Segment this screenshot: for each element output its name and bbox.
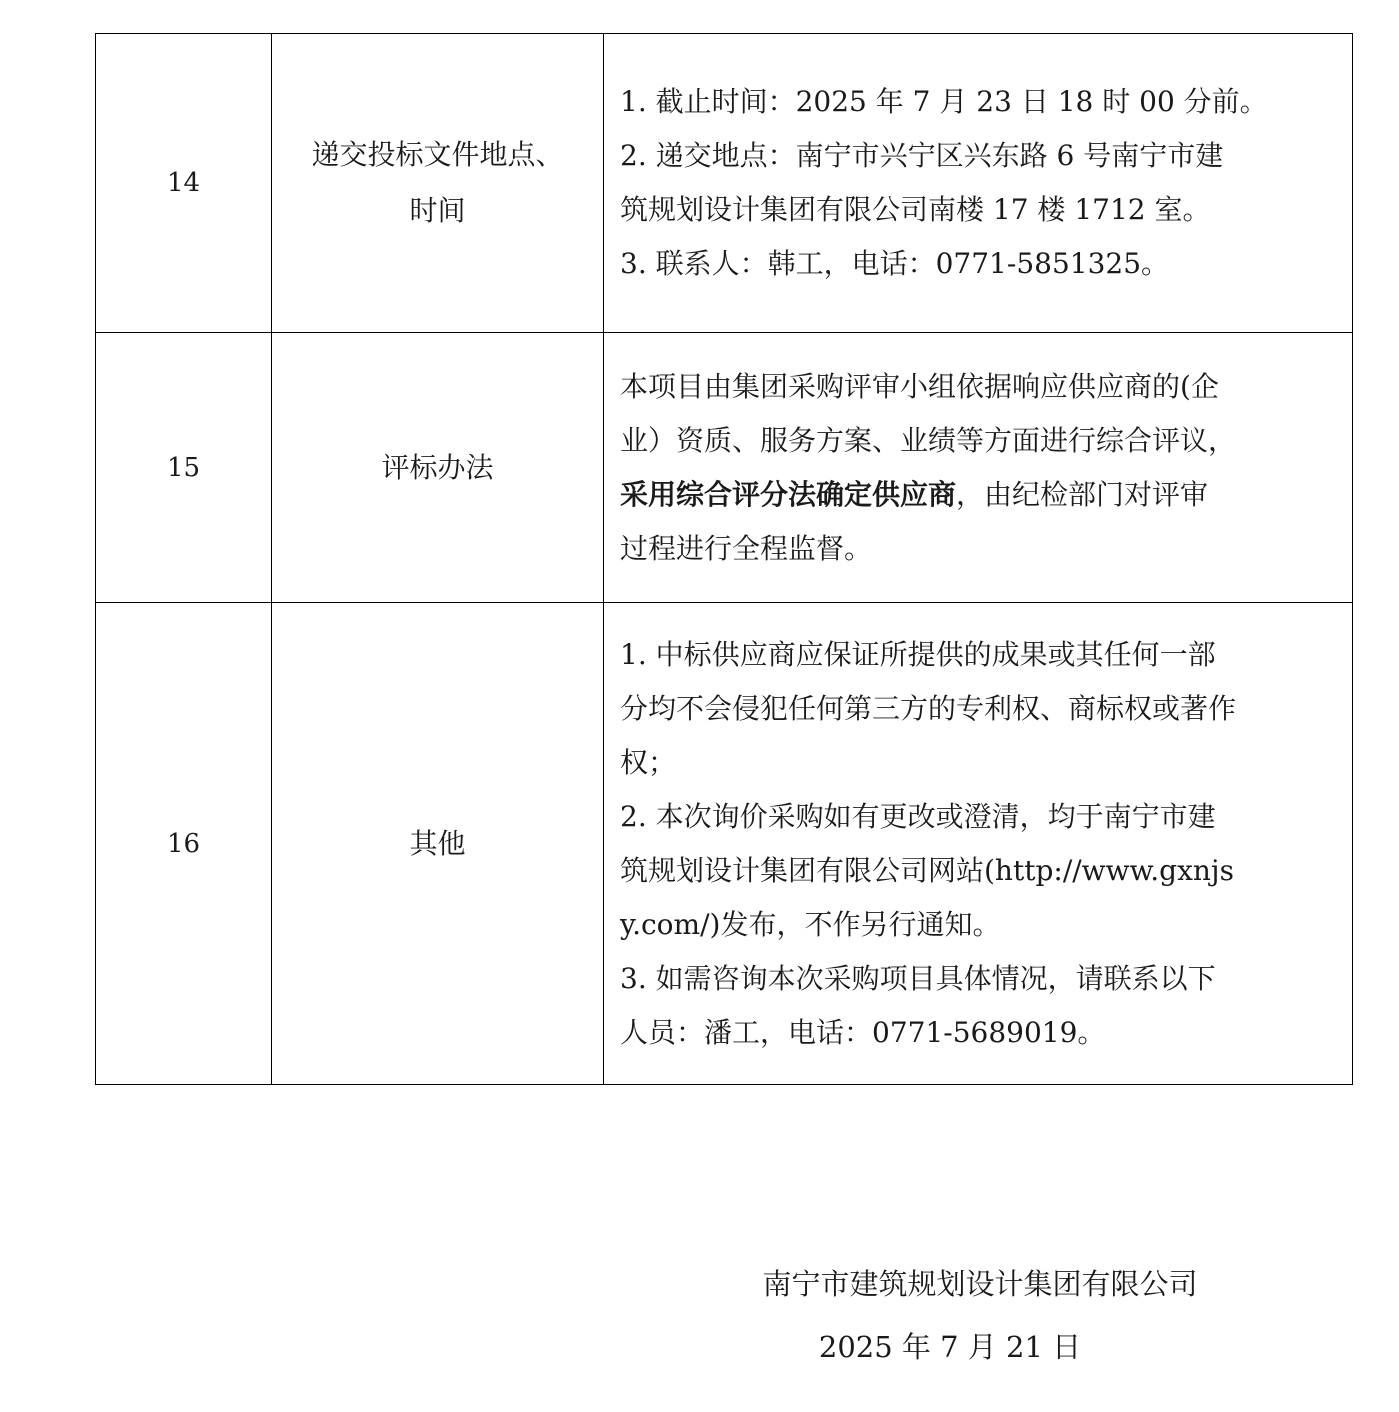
table-row-14: 14 递交投标文件地点、 时间 1. 截止时间：2025 年 7 月 23 日 …: [96, 34, 1353, 333]
procurement-info-table: 14 递交投标文件地点、 时间 1. 截止时间：2025 年 7 月 23 日 …: [95, 33, 1353, 1085]
content-line: y.com/)发布，不作另行通知。: [620, 898, 1338, 952]
row-item: 递交投标文件地点、 时间: [272, 34, 604, 333]
row-content: 1. 中标供应商应保证所提供的成果或其任何一部 分均不会侵犯任何第三方的专利权、…: [604, 603, 1353, 1085]
bold-emphasis: 采用综合评分法确定供应商: [620, 478, 956, 511]
signature-date: 2025 年 7 月 21 日: [740, 1325, 1160, 1366]
content-line: 采用综合评分法确定供应商，由纪检部门对评审: [620, 468, 1338, 522]
table-row-15: 15 评标办法 本项目由集团采购评审小组依据响应供应商的(企 业）资质、服务方案…: [96, 333, 1353, 603]
content-line: 本项目由集团采购评审小组依据响应供应商的(企: [620, 360, 1338, 414]
content-line: 人员：潘工，电话：0771-5689019。: [620, 1006, 1338, 1060]
signature-organization: 南宁市建筑规划设计集团有限公司: [700, 1262, 1260, 1303]
content-line: 3. 联系人：韩工，电话：0771-5851325。: [620, 237, 1338, 291]
row-item: 其他: [272, 603, 604, 1085]
content-line: 权；: [620, 736, 1338, 790]
content-line: 过程进行全程监督。: [620, 522, 1338, 576]
content-line: 2. 本次询价采购如有更改或澄清，均于南宁市建: [620, 790, 1338, 844]
content-line: 2. 递交地点：南宁市兴宁区兴东路 6 号南宁市建: [620, 129, 1338, 183]
content-line: 筑规划设计集团有限公司南楼 17 楼 1712 室。: [620, 183, 1338, 237]
content-line: 3. 如需咨询本次采购项目具体情况，请联系以下: [620, 952, 1338, 1006]
item-line: 评标办法: [272, 440, 603, 496]
row-content: 本项目由集团采购评审小组依据响应供应商的(企 业）资质、服务方案、业绩等方面进行…: [604, 333, 1353, 603]
content-line: 1. 中标供应商应保证所提供的成果或其任何一部: [620, 628, 1338, 682]
item-line: 其他: [272, 816, 603, 872]
content-text: ，由纪检部门对评审: [956, 478, 1208, 511]
content-line: 分均不会侵犯任何第三方的专利权、商标权或著作: [620, 682, 1338, 736]
row-number: 15: [96, 333, 272, 603]
content-line: 筑规划设计集团有限公司网站(http://www.gxnjs: [620, 844, 1338, 898]
item-line: 时间: [272, 183, 603, 239]
row-content: 1. 截止时间：2025 年 7 月 23 日 18 时 00 分前。 2. 递…: [604, 34, 1353, 333]
content-line: 1. 截止时间：2025 年 7 月 23 日 18 时 00 分前。: [620, 75, 1338, 129]
content-line: 业）资质、服务方案、业绩等方面进行综合评议，: [620, 414, 1338, 468]
row-item: 评标办法: [272, 333, 604, 603]
table-row-16: 16 其他 1. 中标供应商应保证所提供的成果或其任何一部 分均不会侵犯任何第三…: [96, 603, 1353, 1085]
row-number: 14: [96, 34, 272, 333]
row-number: 16: [96, 603, 272, 1085]
item-line: 递交投标文件地点、: [272, 127, 603, 183]
